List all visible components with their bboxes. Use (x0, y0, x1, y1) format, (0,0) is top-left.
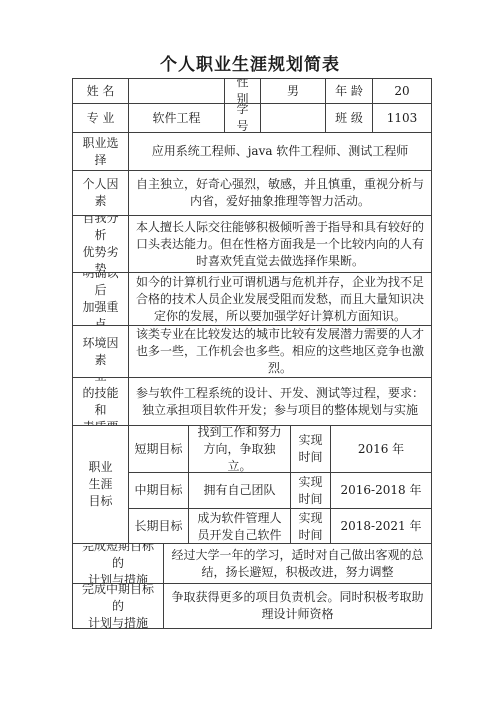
age-label: 年 龄 (326, 79, 373, 103)
skill-requirements-label: 选定职业 的技能和 素质要求 (73, 378, 129, 425)
environment-value: 该类专业在比较发达的城市比较有发展潜力需要的人才也多一些，工作机会也多些。相应的… (129, 326, 431, 377)
page-title: 个人职业生涯规划简表 (70, 54, 430, 76)
mid-term-goal: 拥有自己团队 (189, 473, 291, 508)
short-term-time-label: 实现 时间 (291, 426, 331, 472)
major-label: 专 业 (73, 104, 129, 132)
major-value: 软件工程 (129, 104, 225, 132)
short-term-plan-value: 经过大学一年的学习，适时对自己做出客观的总结，扬长避短，积极改进，努力调整 (164, 544, 431, 583)
mid-term-time-label: 实现 时间 (291, 473, 331, 508)
mid-term-time-value: 2016-2018 年 (331, 473, 431, 508)
row-short-term-plan: 完成短期目标的 计划与措施 经过大学一年的学习，适时对自己做出客观的总结，扬长避… (73, 544, 431, 584)
short-term-plan-label: 完成短期目标的 计划与措施 (73, 544, 164, 583)
goal-row-long-term: 长期目标 成为软件管理人 员开发自己软件 实现 时间 2018-2021 年 (129, 509, 431, 544)
document-page: 个人职业生涯规划简表 姓 名 性 别 男 年 龄 20 专 业 软件工程 学 号… (0, 0, 500, 708)
row-focus-after: 明确以后 加强重点 如今的计算机行业可谓机遇与危机并存，企业为找不足合格的技术人… (73, 273, 431, 326)
focus-after-label: 明确以后 加强重点 (73, 273, 129, 325)
mid-term-label: 中期目标 (129, 473, 189, 508)
goal-row-mid-term: 中期目标 拥有自己团队 实现 时间 2016-2018 年 (129, 473, 431, 509)
class-label: 班 级 (326, 104, 373, 132)
long-term-time-label: 实现 时间 (291, 509, 331, 544)
age-value: 20 (373, 79, 431, 103)
long-term-label: 长期目标 (129, 509, 189, 544)
career-goals-subtable: 短期目标 找到工作和努力 方向，争取独立。 实现 时间 2016 年 中期目标 … (129, 426, 431, 543)
student-no-label: 学 号 (225, 104, 261, 132)
career-choice-value: 应用系统工程师、java 软件工程师、测试工程师 (129, 133, 431, 170)
gender-label: 性 别 (225, 79, 261, 103)
personal-factors-value: 自主独立，好奇心强烈，敏感，并且慎重，重视分析与内省，爱好抽象推理等智力活动。 (129, 171, 431, 215)
row-basic-2: 专 业 软件工程 学 号 班 级 1103 (73, 104, 431, 133)
gender-value: 男 (261, 79, 326, 103)
name-label: 姓 名 (73, 79, 129, 103)
row-self-analysis: 自我分析 优势劣势 本人擅长人际交往能够积极倾听善于指导和具有较好的口头表达能力… (73, 216, 431, 273)
short-term-goal: 找到工作和努力 方向，争取独立。 (189, 426, 291, 472)
mid-term-plan-label: 完成中期目标的 计划与措施 (73, 584, 164, 628)
row-career-choice: 职业选择 应用系统工程师、java 软件工程师、测试工程师 (73, 133, 431, 171)
row-skill-requirements: 选定职业 的技能和 素质要求 参与软件工程系统的设计、开发、测试等过程，要求：独… (73, 378, 431, 426)
long-term-goal: 成为软件管理人 员开发自己软件 (189, 509, 291, 544)
row-environment: 环境因素 该类专业在比较发达的城市比较有发展潜力需要的人才也多一些，工作机会也多… (73, 326, 431, 378)
row-basic-1: 姓 名 性 别 男 年 龄 20 (73, 79, 431, 104)
personal-factors-label: 个人因素 (73, 171, 129, 215)
short-term-time-value: 2016 年 (331, 426, 431, 472)
focus-after-value: 如今的计算机行业可谓机遇与危机并存，企业为找不足合格的技术人员企业发展受阻而发愁… (129, 273, 431, 325)
career-plan-table: 姓 名 性 别 男 年 龄 20 专 业 软件工程 学 号 班 级 1103 职… (72, 78, 432, 629)
row-mid-term-plan: 完成中期目标的 计划与措施 争取获得更多的项目负责机会。同时积极考取助理设计师资… (73, 584, 431, 628)
career-goals-group-label: 职业 生涯 目标 (73, 426, 129, 543)
career-choice-label: 职业选择 (73, 133, 129, 170)
self-analysis-value: 本人擅长人际交往能够积极倾听善于指导和具有较好的口头表达能力。但在性格方面我是一… (129, 216, 431, 272)
long-term-time-value: 2018-2021 年 (331, 509, 431, 544)
student-no-value (261, 104, 326, 132)
skill-requirements-value: 参与软件工程系统的设计、开发、测试等过程，要求：独立承担项目软件开发；参与项目的… (129, 378, 431, 425)
class-value: 1103 (373, 104, 431, 132)
goal-row-short-term: 短期目标 找到工作和努力 方向，争取独立。 实现 时间 2016 年 (129, 426, 431, 473)
mid-term-plan-value: 争取获得更多的项目负责机会。同时积极考取助理设计师资格 (164, 584, 431, 628)
short-term-label: 短期目标 (129, 426, 189, 472)
row-personal-factors: 个人因素 自主独立，好奇心强烈，敏感，并且慎重，重视分析与内省，爱好抽象推理等智… (73, 171, 431, 216)
name-value (129, 79, 225, 103)
row-career-goals: 职业 生涯 目标 短期目标 找到工作和努力 方向，争取独立。 实现 时间 201… (73, 426, 431, 544)
environment-label: 环境因素 (73, 326, 129, 377)
self-analysis-label: 自我分析 优势劣势 (73, 216, 129, 272)
